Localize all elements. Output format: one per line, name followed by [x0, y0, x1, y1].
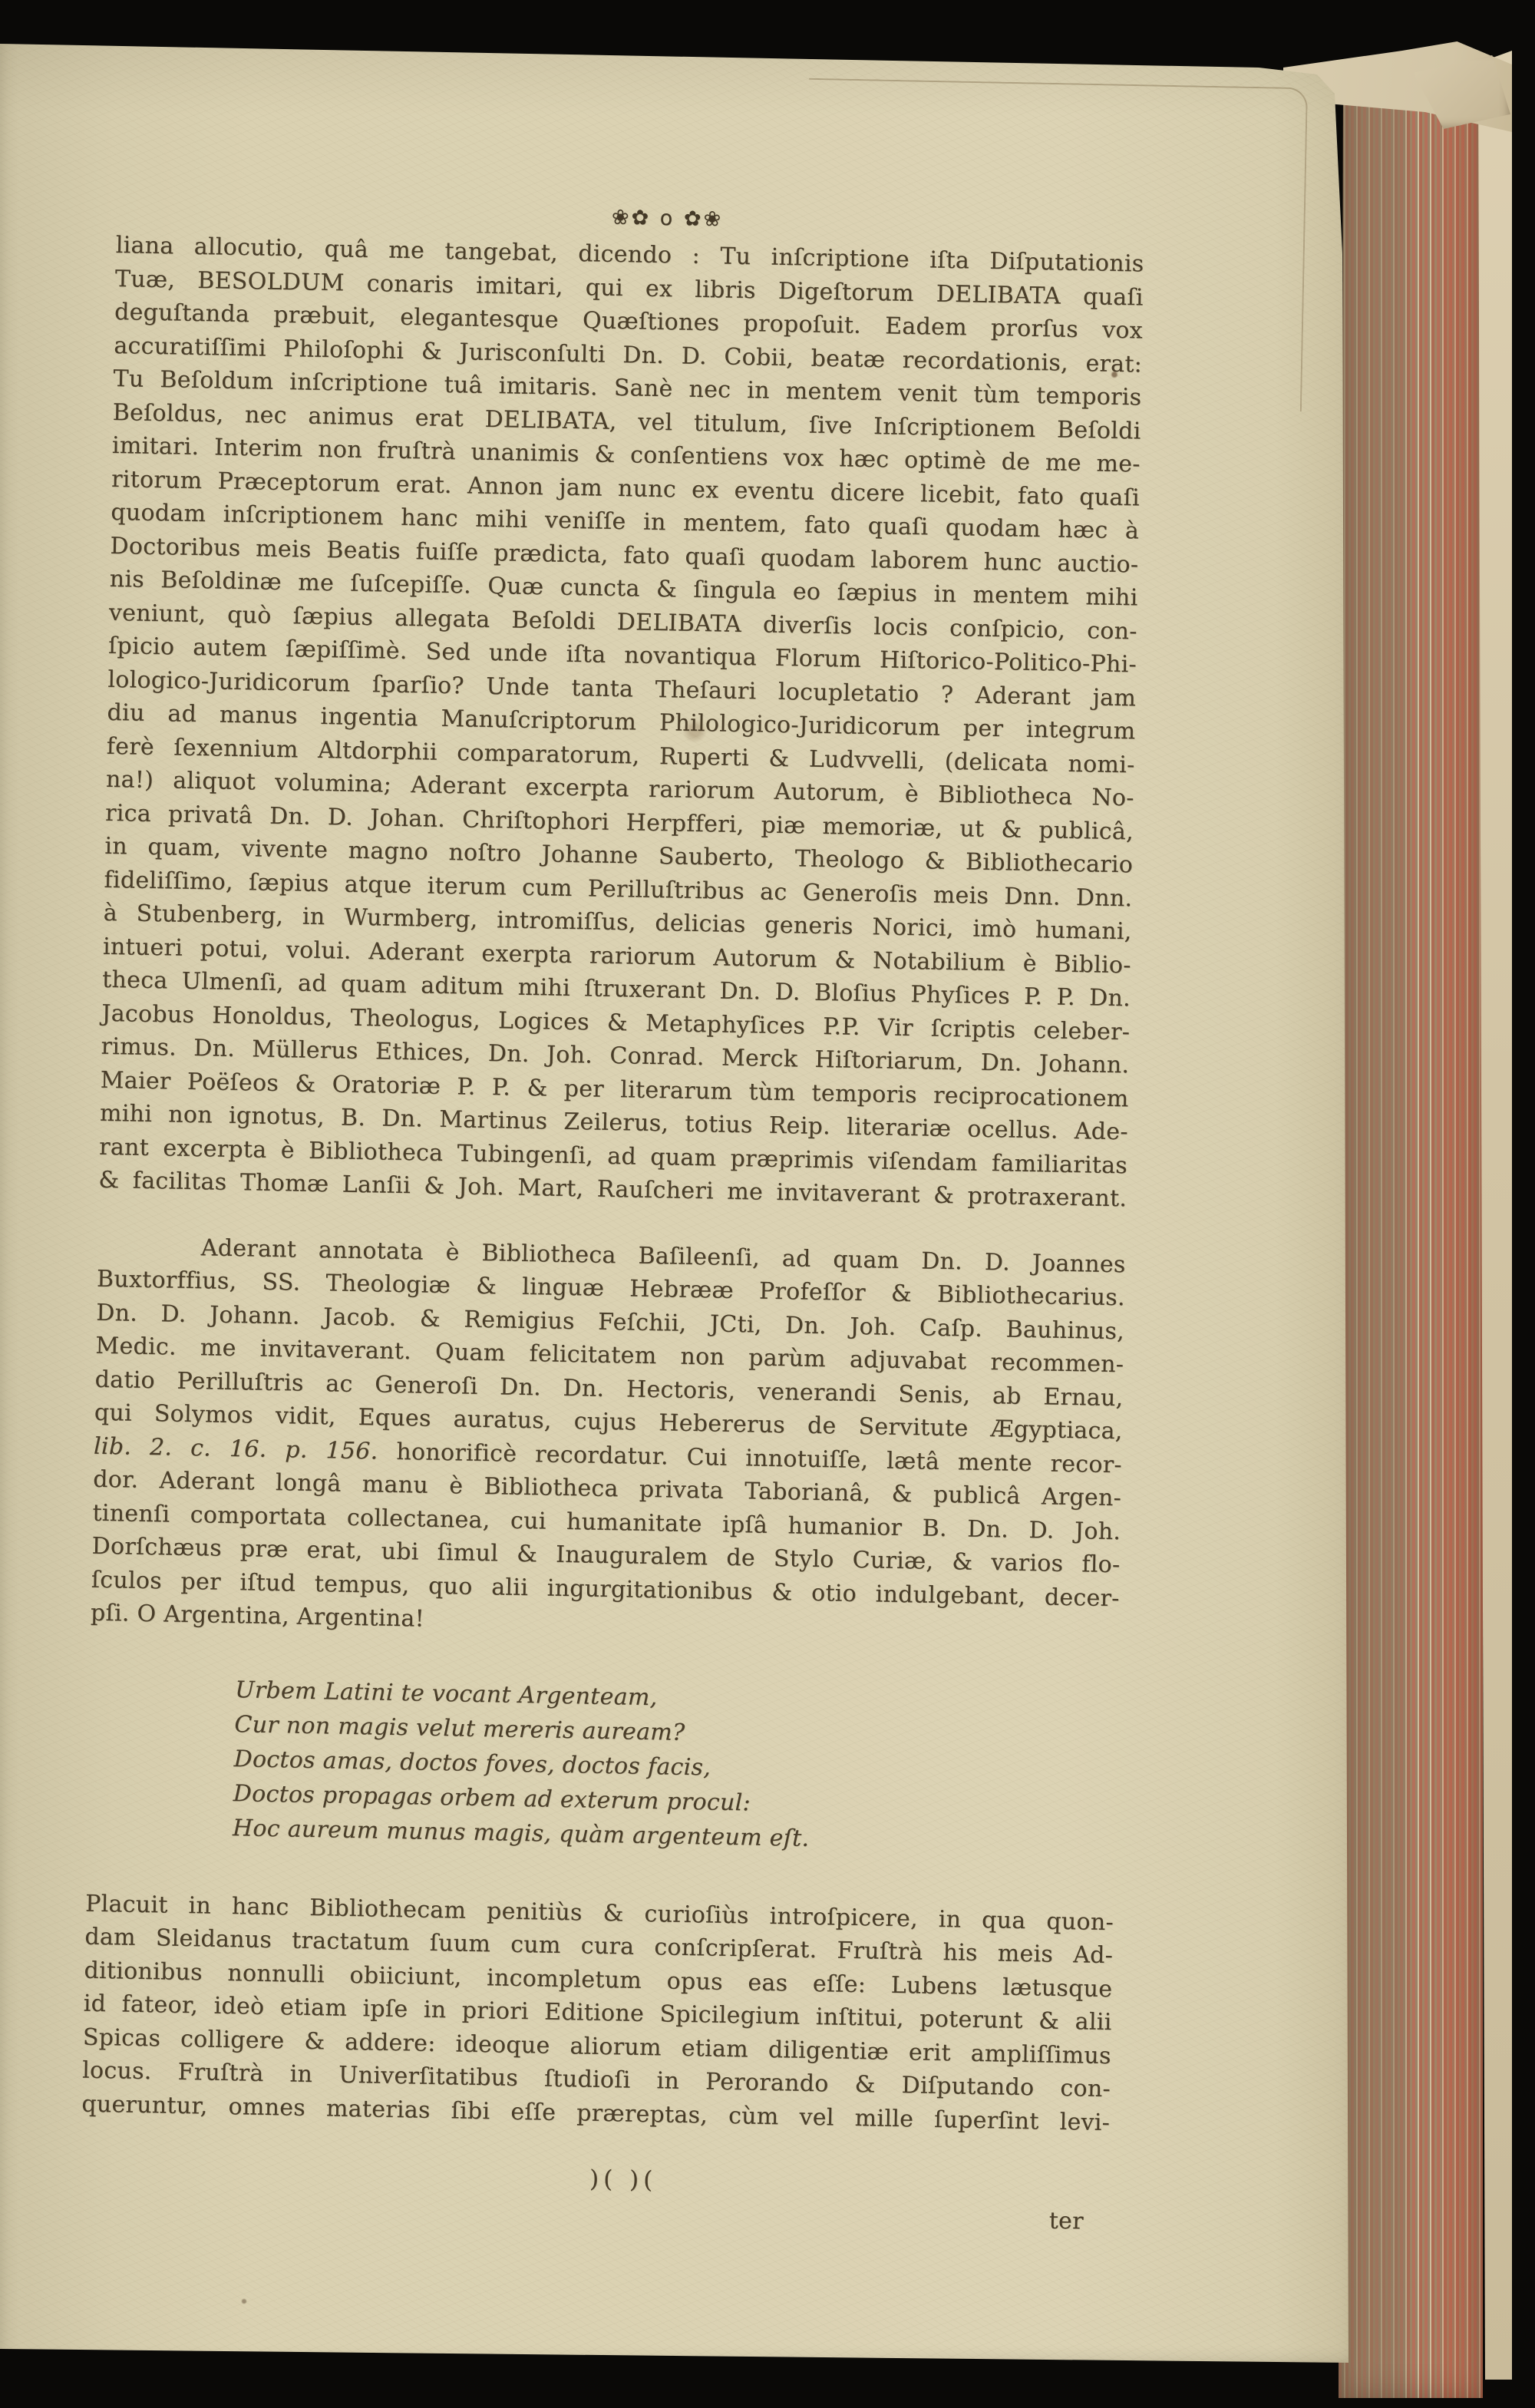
- prose-paragraph: Aderant annotata è Bibliotheca Baſileenſ…: [91, 1229, 1126, 1648]
- catchword: ter: [1048, 2208, 1084, 2235]
- book-fore-edge-pages: [1339, 64, 1483, 2398]
- page-text-block: ❀✿ o ✿❀ liana allocutio, quâ me tangebat…: [80, 193, 1145, 2239]
- prose-paragraph: Placuit in hanc Bibliothecam penitiùs & …: [81, 1887, 1114, 2139]
- vellum-cover-edge: [1478, 51, 1512, 2380]
- body-text: liana allocutio, quâ me tangebat, dicend…: [81, 229, 1144, 2139]
- book-scan-photo: ❀✿ o ✿❀ liana allocutio, quâ me tangebat…: [0, 0, 1535, 2408]
- prose-paragraph: liana allocutio, quâ me tangebat, dicend…: [98, 229, 1144, 1216]
- verse-block: Urbem Latini te vocant Argenteam,Cur non…: [233, 1673, 1118, 1861]
- gathering-signature-mark: )( )(: [589, 2165, 658, 2195]
